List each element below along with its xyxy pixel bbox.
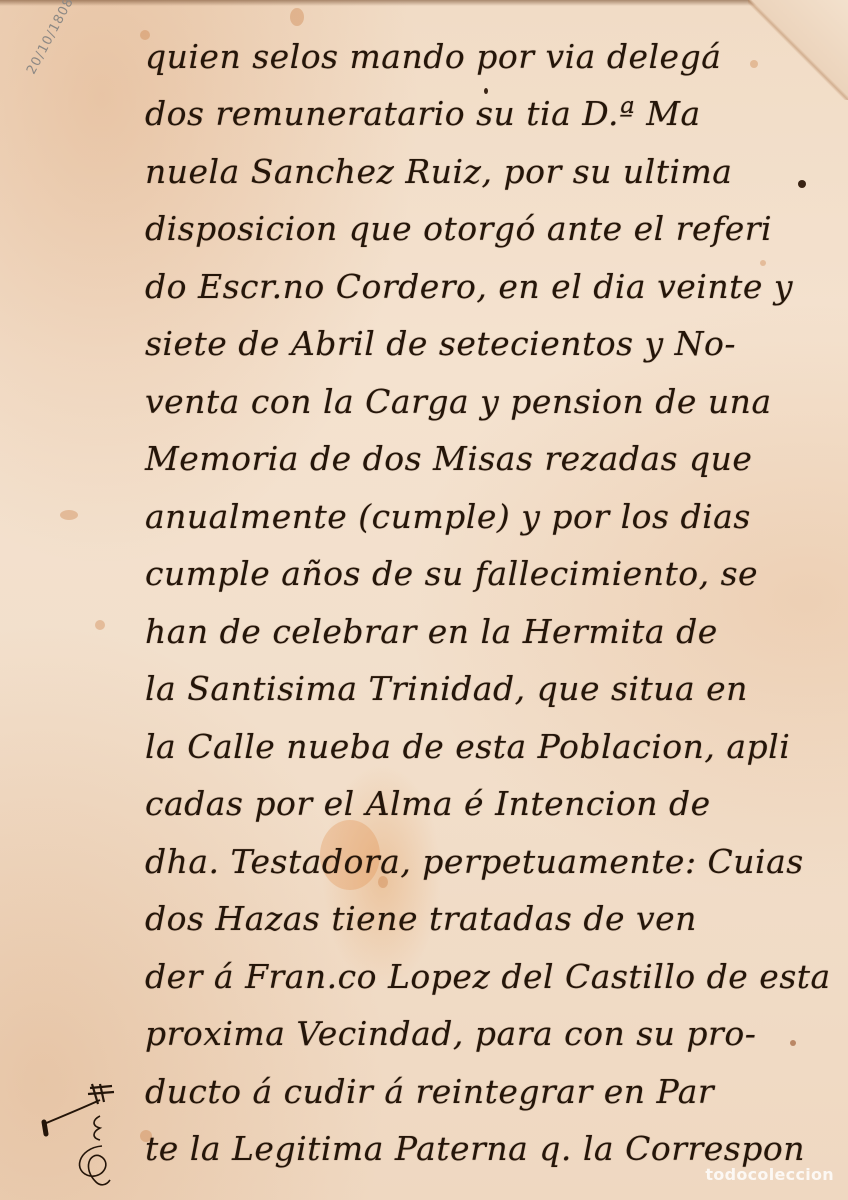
manuscript-line: dos remuneratario su tia D.ª Ma [145,76,765,134]
line-text: la Calle nueba de esta Poblacion, apli [145,727,790,766]
line-text: dha. Testadora, perpetuamente: Cuias [145,842,804,881]
manuscript-line: cumple años de su fallecimiento, se [145,536,765,594]
foxing-spot [60,510,78,520]
line-text: la Santisima Trinidad, que situa en [145,669,748,708]
line-text: venta con la Carga y pension de una [145,382,772,421]
manuscript-line: anualmente (cumple) y por los dias [145,478,765,536]
line-text: cadas por el Alma é Intencion de [145,784,711,823]
manuscript-line: venta con la Carga y pension de una [145,363,765,421]
page-top-edge [0,0,848,6]
manuscript-text: quien selos mando por via delegá dos rem… [145,18,765,1168]
line-text: dos remuneratario su tia D.ª Ma [145,94,701,133]
manuscript-line: te la Legitima Paterna q. la Correspon [145,1111,765,1169]
line-text: do Escr.no Cordero, en el dia veinte y [145,267,793,306]
ink-blot [798,180,806,188]
manuscript-line: cadas por el Alma é Intencion de [145,766,765,824]
manuscript-line: quien selos mando por via delegá [145,18,765,76]
signature-flourish-icon [38,1082,118,1192]
line-text: siete de Abril de setecientos y No- [145,324,736,363]
manuscript-line: siete de Abril de setecientos y No- [145,306,765,364]
manuscript-line: Memoria de dos Misas rezadas que [145,421,765,479]
manuscript-line: do Escr.no Cordero, en el dia veinte y [145,248,765,306]
watermark-logo: todocoleccion [705,1165,834,1184]
line-text: proxima Vecindad, para con su pro- [145,1014,756,1053]
manuscript-line: la Calle nueba de esta Poblacion, apli [145,708,765,766]
ink-blot [790,1040,796,1046]
line-text: quien selos mando por via delegá [145,37,721,76]
manuscript-line: la Santisima Trinidad, que situa en [145,651,765,709]
line-text: nuela Sanchez Ruiz, por su ultima [145,152,732,191]
line-text: disposicion que otorgó ante el referi [145,209,772,248]
line-text: te la Legitima Paterna q. la Correspon [145,1129,805,1168]
line-text: han de celebrar en la Hermita de [145,612,718,651]
manuscript-line: dos Hazas tiene tratadas de ven [145,881,765,939]
line-text: ducto á cudir á reintegrar en Par [145,1072,714,1111]
manuscript-line: der á Fran.co Lopez del Castillo de esta [145,938,765,996]
manuscript-line: nuela Sanchez Ruiz, por su ultima [145,133,765,191]
pencil-date-annotation: 20/10/1808 [24,0,77,77]
line-text: cumple años de su fallecimiento, se [145,554,758,593]
line-text: anualmente (cumple) y por los dias [145,497,751,536]
line-text: Memoria de dos Misas rezadas que [145,439,752,478]
manuscript-line: ducto á cudir á reintegrar en Par [145,1053,765,1111]
manuscript-page: 20/10/1808 quien selos mando por via del… [0,0,848,1200]
foxing-spot [95,620,105,630]
manuscript-line: han de celebrar en la Hermita de [145,593,765,651]
manuscript-line: proxima Vecindad, para con su pro- [145,996,765,1054]
manuscript-line: disposicion que otorgó ante el referi [145,191,765,249]
line-text: dos Hazas tiene tratadas de ven [145,899,697,938]
manuscript-line: dha. Testadora, perpetuamente: Cuias [145,823,765,881]
line-text: der á Fran.co Lopez del Castillo de esta [145,957,831,996]
